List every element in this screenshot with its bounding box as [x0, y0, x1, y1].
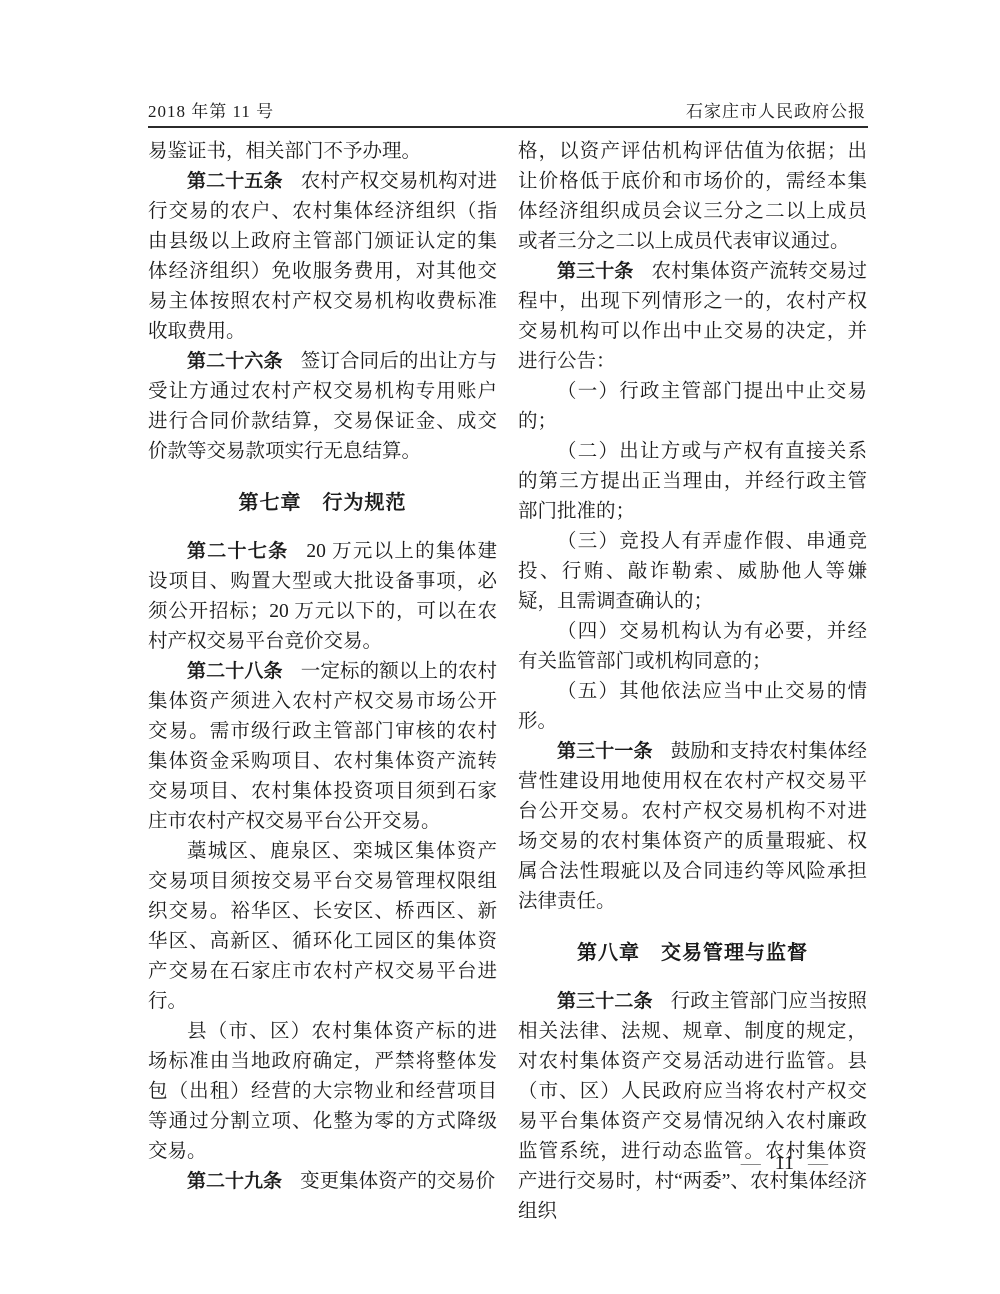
article-paragraph: 第三十条农村集体资产流转交易过程中，出现下列情形之一的，农村产权交易机构可以作出…: [518, 257, 867, 377]
page-body: 易鉴证书，相关部门不予办理。 第二十五条农村产权交易机构对进行交易的农户、农村集…: [148, 137, 868, 1227]
article-text: 一定标的额以上的农村集体资产须进入农村产权交易市场公开交易。需市级行政主管部门审…: [148, 661, 497, 832]
article-text: 鼓励和支持农村集体经营性建设用地使用权在农村产权交易平台公开交易。农村产权交易机…: [518, 741, 867, 912]
page-number-left-dash: —: [727, 1152, 775, 1174]
list-item-paragraph: （一）行政主管部门提出中止交易的；: [518, 377, 867, 437]
gazette-page: 2018 年第 11 号 石家庄市人民政府公报 易鉴证书，相关部门不予办理。 第…: [0, 0, 1000, 1294]
chapter-heading: 第八章 交易管理与监督: [518, 938, 867, 968]
article-paragraph: 第二十六条签订合同后的出让方与受让方通过农村产权交易机构专用账户进行合同价款结算…: [148, 347, 497, 467]
gazette-title: 石家庄市人民政府公报: [686, 97, 866, 122]
article-text: 变更集体资产的交易价: [300, 1171, 495, 1192]
article-label: 第二十七条: [187, 541, 288, 562]
article-label: 第二十六条: [187, 351, 283, 372]
article-label: 第二十五条: [187, 171, 283, 192]
article-label: 第二十八条: [187, 661, 283, 682]
page-number-value: 11: [775, 1152, 794, 1174]
article-label: 第三十一条: [557, 741, 653, 762]
list-item-paragraph: （五）其他依法应当中止交易的情形。: [518, 677, 867, 737]
running-header: 2018 年第 11 号 石家庄市人民政府公报: [148, 97, 866, 122]
list-item-paragraph: （二）出让方或与产权有直接关系的第三方提出正当理由，并经行政主管部门批准的；: [518, 437, 867, 527]
right-column: 格，以资产评估机构评估值为依据；出让价格低于底价和市场价的，需经本集体经济组织成…: [518, 137, 867, 1227]
header-rule: [148, 126, 868, 128]
list-item-paragraph: （四）交易机构认为有必要，并经有关监管部门或机构同意的；: [518, 617, 867, 677]
article-paragraph: 第三十二条行政主管部门应当按照相关法律、法规、规章、制度的规定，对农村集体资产交…: [518, 987, 867, 1227]
issue-number: 2018 年第 11 号: [148, 97, 274, 122]
body-paragraph: 县（市、区）农村集体资产标的进场标准由当地政府确定，严禁将整体发包（出租）经营的…: [148, 1017, 497, 1167]
continuation-paragraph: 易鉴证书，相关部门不予办理。: [148, 137, 497, 167]
body-paragraph: 藁城区、鹿泉区、栾城区集体资产交易项目须按交易平台交易管理权限组织交易。裕华区、…: [148, 837, 497, 1017]
page-number: —11—: [727, 1152, 842, 1175]
list-item-paragraph: （三）竞投人有弄虚作假、串通竞投、行贿、敲诈勒索、威胁他人等嫌疑，且需调查确认的…: [518, 527, 867, 617]
article-label: 第二十九条: [187, 1171, 282, 1192]
article-text: 农村产权交易机构对进行交易的农户、农村集体经济组织（指由县级以上政府主管部门颁证…: [148, 171, 497, 342]
chapter-heading: 第七章 行为规范: [148, 488, 497, 518]
page-number-right-dash: —: [794, 1152, 842, 1174]
article-paragraph: 第二十九条变更集体资产的交易价: [148, 1167, 497, 1197]
article-label: 第三十二条: [557, 991, 653, 1012]
continuation-paragraph: 格，以资产评估机构评估值为依据；出让价格低于底价和市场价的，需经本集体经济组织成…: [518, 137, 867, 257]
article-paragraph: 第二十七条20 万元以上的集体建设项目、购置大型或大批设备事项，必须公开招标；2…: [148, 537, 497, 657]
article-paragraph: 第二十五条农村产权交易机构对进行交易的农户、农村集体经济组织（指由县级以上政府主…: [148, 167, 497, 347]
article-label: 第三十条: [557, 261, 633, 282]
article-text: 行政主管部门应当按照相关法律、法规、规章、制度的规定，对农村集体资产交易活动进行…: [518, 991, 867, 1222]
article-paragraph: 第二十八条一定标的额以上的农村集体资产须进入农村产权交易市场公开交易。需市级行政…: [148, 657, 497, 837]
article-paragraph: 第三十一条鼓励和支持农村集体经营性建设用地使用权在农村产权交易平台公开交易。农村…: [518, 737, 867, 917]
left-column: 易鉴证书，相关部门不予办理。 第二十五条农村产权交易机构对进行交易的农户、农村集…: [148, 137, 497, 1227]
